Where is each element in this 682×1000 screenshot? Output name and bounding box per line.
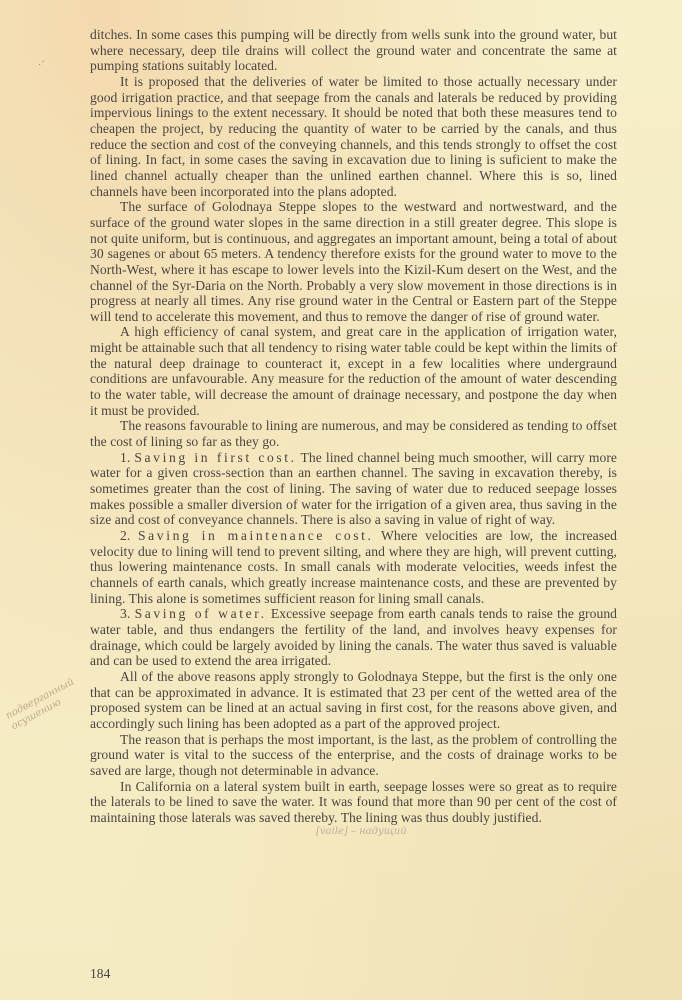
paragraph-11: In California on a lateral system built … [90, 779, 617, 826]
list-number: 1. [120, 450, 134, 465]
list-number: 3. [120, 606, 135, 621]
page-number: 184 [90, 966, 110, 982]
list-number: 2. [120, 528, 138, 543]
list-heading: Saving of water. [135, 606, 267, 621]
margin-handwritten-note: подверганный осушению [4, 676, 82, 733]
list-heading: Saving in maintenance cost. [138, 528, 374, 543]
list-item-maintenance-cost: 2. Saving in maintenance cost. Where vel… [90, 528, 617, 606]
paragraph-2: It is proposed that the deliveries of wa… [90, 74, 617, 199]
list-item-water: 3. Saving of water. Excessive seepage fr… [90, 606, 617, 669]
page-body: ditches. In some cases this pumping will… [90, 27, 617, 825]
paragraph-1: ditches. In some cases this pumping will… [90, 27, 617, 74]
paragraph-3: The surface of Golodnaya Steppe slopes t… [90, 199, 617, 324]
paragraph-9: All of the above reasons apply strongly … [90, 669, 617, 732]
paragraph-4: A high efficiency of canal system, and g… [90, 324, 617, 418]
inline-pencil-note: [vaile] – надущий [316, 826, 407, 837]
paragraph-5: The reasons favourable to lining are num… [90, 418, 617, 449]
list-heading: Saving in first cost. [134, 450, 296, 465]
paragraph-10: The reason that is perhaps the most impo… [90, 732, 617, 779]
margin-dot: ·˙ [38, 60, 45, 71]
list-item-first-cost: 1. Saving in first cost. The lined chann… [90, 450, 617, 528]
